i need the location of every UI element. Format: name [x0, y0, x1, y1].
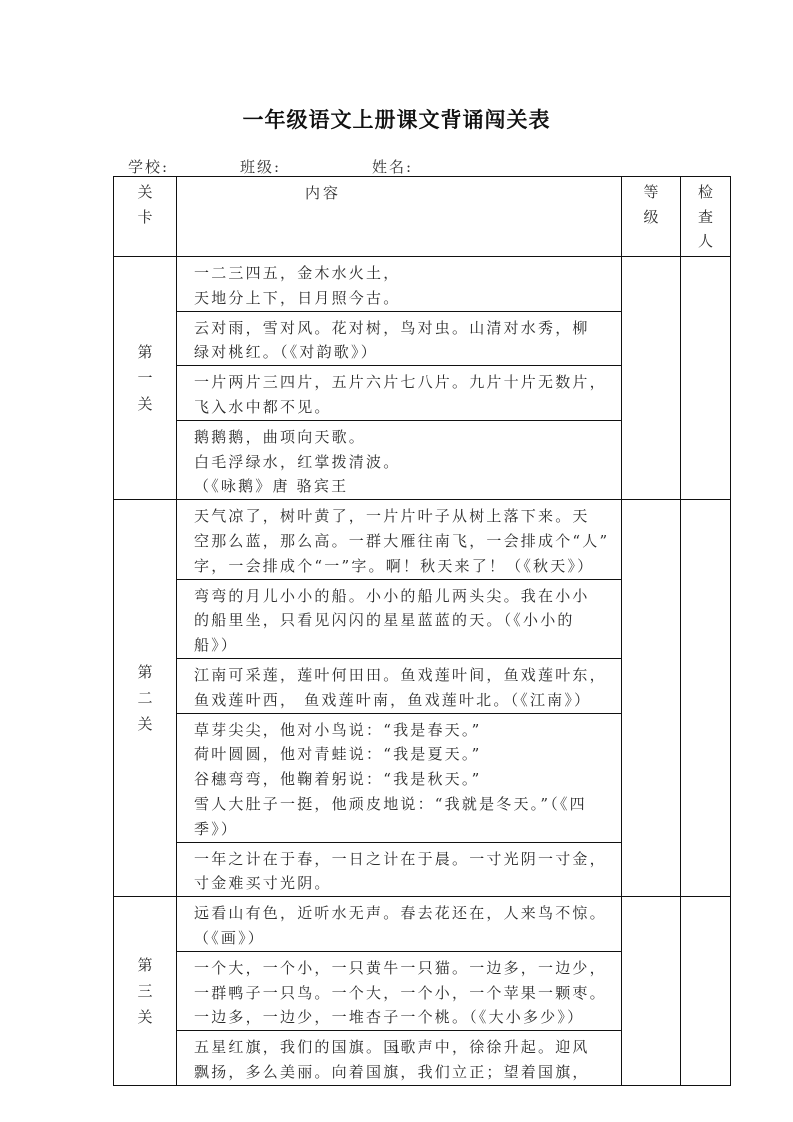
grade-cell[interactable]	[622, 500, 681, 897]
grade-cell[interactable]	[622, 897, 681, 1086]
recitation-text: 一片两片三四片，五片六片七八片。九片十片无数片，飞入水中都不见。	[177, 366, 622, 421]
recitation-text: 天气凉了，树叶黄了，一片片叶子从树上落下来。天空那么蓝，那么高。一群大雁往南飞，…	[177, 500, 622, 579]
recitation-text: 鹅鹅鹅，曲项向天歌。白毛浮绿水，红掌拨清波。（《咏鹅》唐 骆宾王	[177, 420, 622, 499]
checker-cell[interactable]	[681, 897, 731, 1086]
stage-label: 第三关	[114, 897, 177, 1086]
recitation-text: 弯弯的月儿小小的船。小小的船儿两头尖。我在小小的船里坐，只看见闪闪的星星蓝蓝的天…	[177, 579, 622, 658]
table-row: 第二关天气凉了，树叶黄了，一片片叶子从树上落下来。天空那么蓝，那么高。一群大雁往…	[114, 500, 731, 579]
recitation-table: 关 卡 内容 等 级 检 查 人 第一关一二三四五，金木水火土，天地分上下，日月…	[113, 176, 731, 1086]
name-label: 姓名:	[372, 156, 413, 177]
page-title: 一年级语文上册课文背诵闯关表	[0, 104, 793, 134]
recitation-text: 江南可采莲，莲叶何田田。鱼戏莲叶间，鱼戏莲叶东，鱼戏莲叶西， 鱼戏莲叶南，鱼戏莲…	[177, 658, 622, 713]
header-grade: 等 级	[622, 177, 681, 257]
recitation-text: 五星红旗，我们的国旗。国歌声中，徐徐升起。迎风飘扬，多么美丽。向着国旗，我们立正…	[177, 1031, 622, 1086]
school-label: 学校:	[128, 156, 169, 177]
recitation-text: 一个大，一个小，一只黄牛一只猫。一边多，一边少，一群鸭子一只鸟。一个大，一个小，…	[177, 951, 622, 1030]
checker-cell[interactable]	[681, 500, 731, 897]
header-content: 内容	[177, 177, 622, 257]
recitation-text: 一年之计在于春，一日之计在于晨。一寸光阴一寸金，寸金难买寸光阴。	[177, 842, 622, 897]
stage-label: 第二关	[114, 500, 177, 897]
table-row: 第三关远看山有色，近听水无声。春去花还在，人来鸟不惊。（《画》）	[114, 897, 731, 952]
class-label: 班级:	[240, 156, 281, 177]
page-number: 1	[0, 1043, 793, 1056]
table-row: 第一关一二三四五，金木水火土，天地分上下，日月照今古。	[114, 257, 731, 312]
recitation-text: 云对雨，雪对风。花对树，鸟对虫。山清对水秀，柳绿对桃红。（《对韵歌》）	[177, 311, 622, 366]
recitation-text: 草芽尖尖，他对小鸟说：“我是春天。”荷叶圆圆，他对青蛙说：“我是夏天。”谷穗弯弯…	[177, 713, 622, 842]
table-header-row: 关 卡 内容 等 级 检 查 人	[114, 177, 731, 257]
recitation-text: 一二三四五，金木水火土，天地分上下，日月照今古。	[177, 257, 622, 312]
recitation-text: 远看山有色，近听水无声。春去花还在，人来鸟不惊。（《画》）	[177, 897, 622, 952]
header-stage: 关 卡	[114, 177, 177, 257]
header-checker: 检 查 人	[681, 177, 731, 257]
checker-cell[interactable]	[681, 257, 731, 500]
stage-label: 第一关	[114, 257, 177, 500]
grade-cell[interactable]	[622, 257, 681, 500]
